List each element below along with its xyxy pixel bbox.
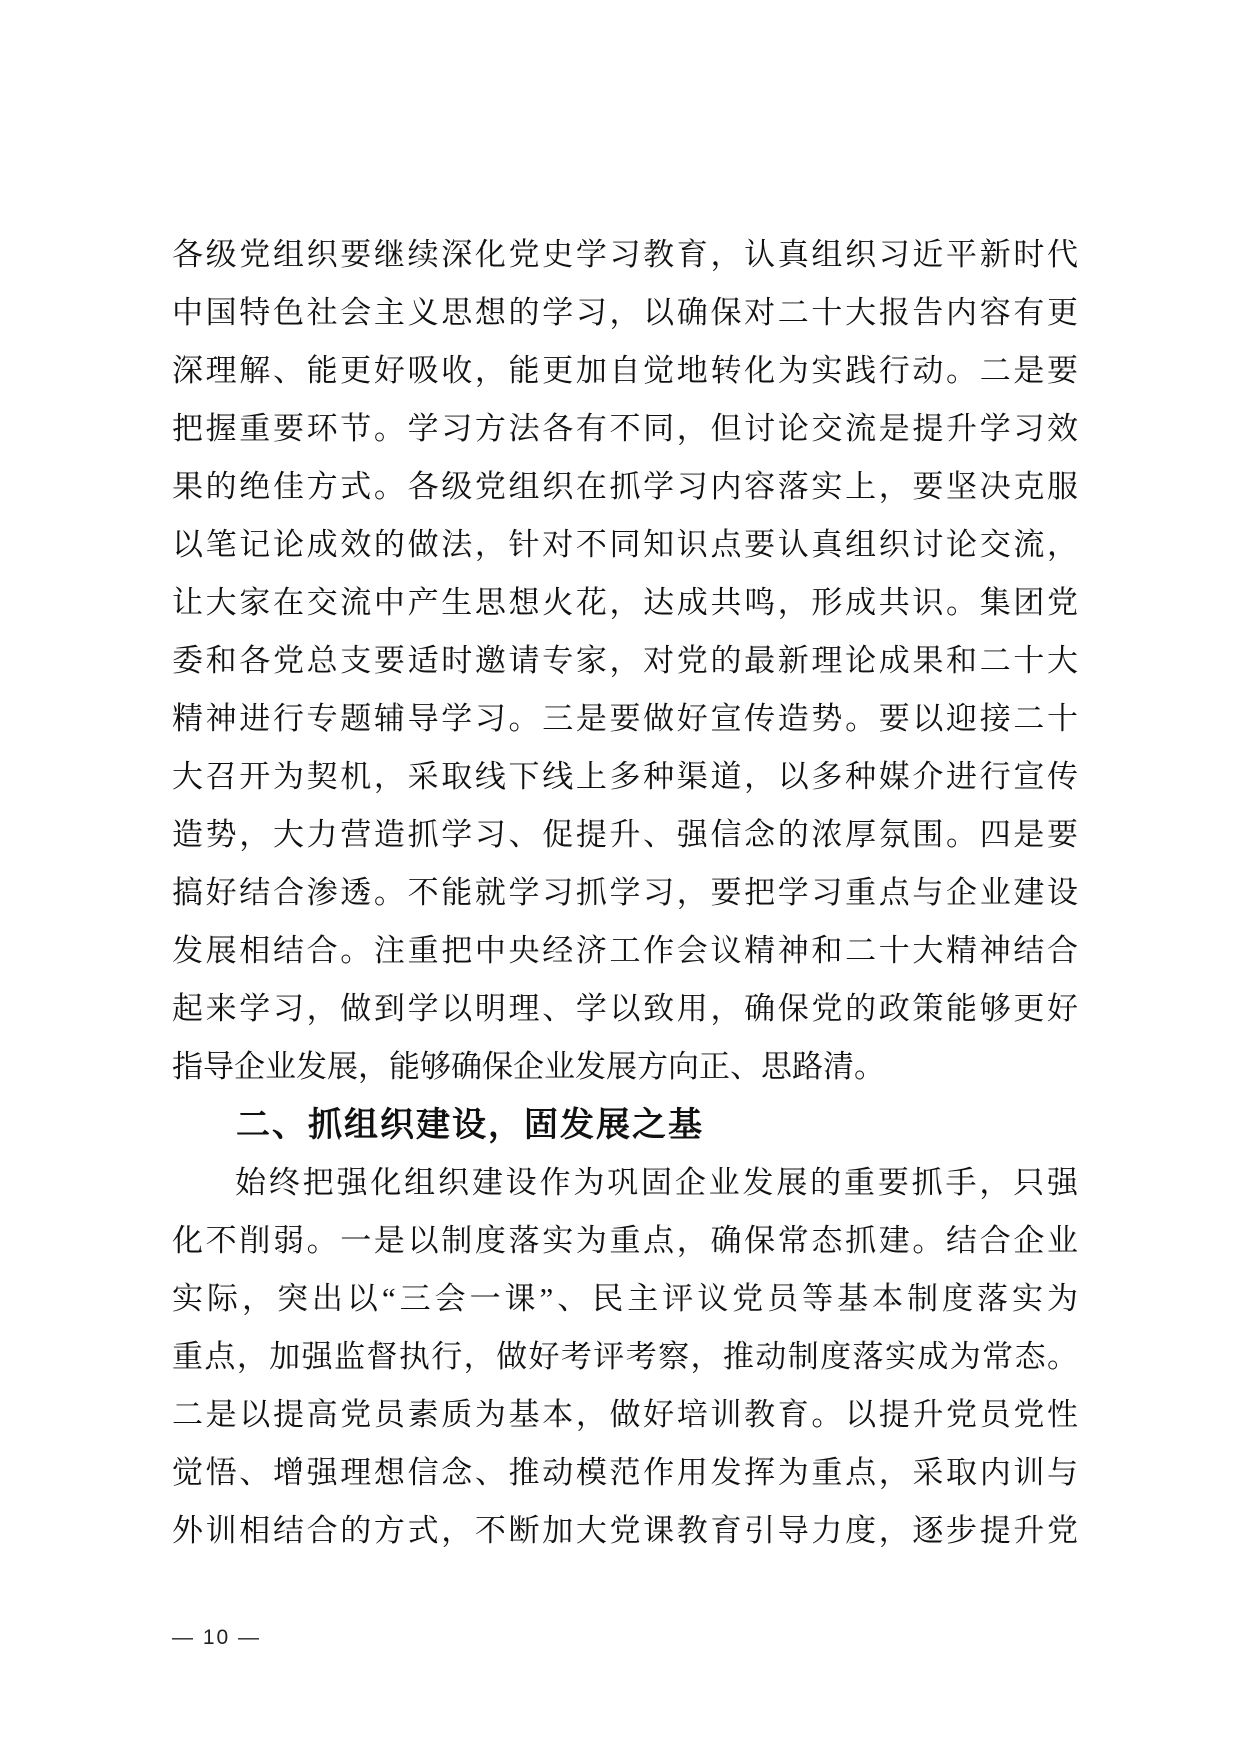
body-text-line: 始终把强化组织建设作为巩固企业发展的重要抓手，只强	[172, 1154, 1078, 1212]
body-text-line: 化不削弱。一是以制度落实为重点，确保常态抓建。结合企业	[172, 1212, 1078, 1270]
body-text-line: 把握重要环节。学习方法各有不同，但讨论交流是提升学习效	[172, 400, 1078, 458]
document-page: 各级党组织要继续深化党史学习教育，认真组织习近平新时代 中国特色社会主义思想的学…	[0, 0, 1241, 1754]
body-text-line: 委和各党总支要适时邀请专家，对党的最新理论成果和二十大	[172, 632, 1078, 690]
section-heading: 二、抓组织建设，固发展之基	[172, 1096, 1078, 1154]
body-text-line: 起来学习，做到学以明理、学以致用，确保党的政策能够更好	[172, 980, 1078, 1038]
body-text-line: 各级党组织要继续深化党史学习教育，认真组织习近平新时代	[172, 226, 1078, 284]
body-text-line: 搞好结合渗透。不能就学习抓学习，要把学习重点与企业建设	[172, 864, 1078, 922]
body-text-line: 中国特色社会主义思想的学习，以确保对二十大报告内容有更	[172, 284, 1078, 342]
body-text-line: 造势，大力营造抓学习、促提升、强信念的浓厚氛围。四是要	[172, 806, 1078, 864]
body-text-line: 深理解、能更好吸收，能更加自觉地转化为实践行动。二是要	[172, 342, 1078, 400]
body-text-line: 精神进行专题辅导学习。三是要做好宣传造势。要以迎接二十	[172, 690, 1078, 748]
body-text-line: 果的绝佳方式。各级党组织在抓学习内容落实上，要坚决克服	[172, 458, 1078, 516]
body-text-line: 发展相结合。注重把中央经济工作会议精神和二十大精神结合	[172, 922, 1078, 980]
body-text-line: 二是以提高党员素质为基本，做好培训教育。以提升党员党性	[172, 1386, 1078, 1444]
body-text-line: 实际，突出以“三会一课”、民主评议党员等基本制度落实为	[172, 1270, 1078, 1328]
body-text-line: 觉悟、增强理想信念、推动模范作用发挥为重点，采取内训与	[172, 1444, 1078, 1502]
body-text-line: 大召开为契机，采取线下线上多种渠道，以多种媒介进行宣传	[172, 748, 1078, 806]
body-text-line: 外训相结合的方式，不断加大党课教育引导力度，逐步提升党	[172, 1502, 1078, 1560]
body-text-line: 重点，加强监督执行，做好考评考察，推动制度落实成为常态。	[172, 1328, 1078, 1386]
body-text-line: 指导企业发展，能够确保企业发展方向正、思路清。	[172, 1038, 1078, 1096]
page-body: 各级党组织要继续深化党史学习教育，认真组织习近平新时代 中国特色社会主义思想的学…	[172, 226, 1078, 1560]
body-text-line: 以笔记论成效的做法，针对不同知识点要认真组织讨论交流，	[172, 516, 1078, 574]
body-text-line: 让大家在交流中产生思想火花，达成共鸣，形成共识。集团党	[172, 574, 1078, 632]
page-number: — 10 —	[172, 1626, 261, 1650]
